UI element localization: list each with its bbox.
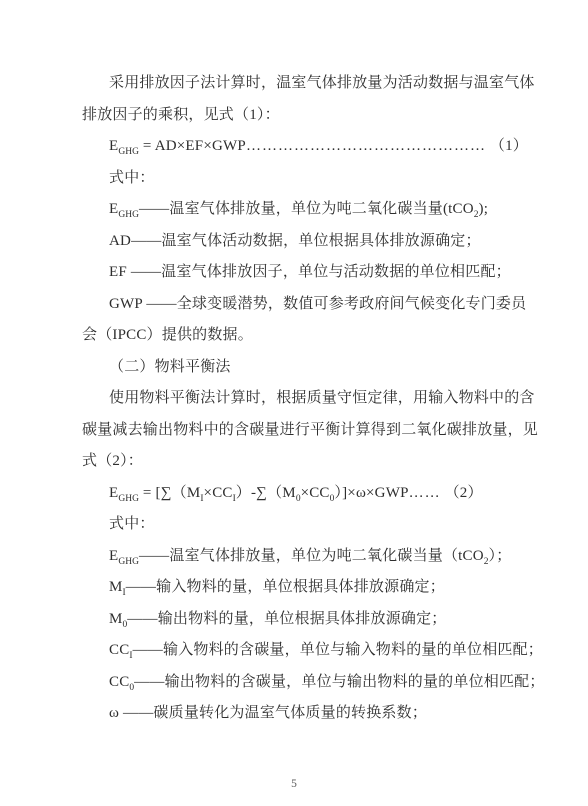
text-segment: M (109, 611, 123, 627)
subscript: GHG (118, 557, 139, 567)
text-segment: E (109, 485, 118, 501)
document-page: 采用排放因子法计算时，温室气体排放量为活动数据与温室气体排放因子的乘积，见式（1… (0, 0, 588, 806)
text-segment: （2） (441, 485, 483, 501)
subscript: GHG (118, 494, 139, 504)
text-segment: ×CC (301, 485, 330, 501)
text-segment: M (109, 579, 123, 595)
document-body: 采用排放因子法计算时，温室气体排放量为活动数据与温室气体排放因子的乘积，见式（1… (82, 68, 508, 730)
text-segment: ); (479, 201, 489, 217)
text-segment: ×CC (204, 485, 233, 501)
text-segment: GWP ——全球变暖潜势，数值可参考政府间气候变化专门委员 (109, 296, 526, 312)
text-segment: ω ——碳质量转化为温室气体质量的转换系数； (109, 705, 427, 721)
text-segment: ——输入物料的量，单位根据具体排放源确定； (126, 579, 445, 595)
text-segment: ……………………………………… (246, 138, 486, 154)
term-gwp-line-2: 会（IPCC）提供的数据。 (82, 320, 508, 352)
page-number: 5 (0, 778, 588, 790)
term-m-output: M0——输出物料的量，单位根据具体排放源确定； (82, 604, 508, 636)
text-segment: ——输入物料的含碳量，单位与输入物料的量的单位相匹配； (133, 642, 543, 658)
text-segment: ——输出物料的量，单位根据具体排放源确定； (127, 611, 446, 627)
term-cc-output: CC0——输出物料的含碳量，单位与输出物料的量的单位相匹配； (82, 667, 508, 699)
paragraph-material-balance-line-3: 式（2）： (82, 446, 508, 478)
formula-2-where-label: 式中： (82, 509, 508, 541)
text-segment: 式中： (109, 170, 155, 186)
text-segment: 式中： (109, 516, 155, 532)
text-segment: EF ——温室气体排放因子，单位与活动数据的单位相匹配； (109, 264, 511, 280)
term-ad: AD——温室气体活动数据，单位根据具体排放源确定； (82, 226, 508, 258)
text-segment: 使用物料平衡法计算时，根据质量守恒定律，用输入物料中的含 (109, 390, 535, 406)
text-segment: 碳量减去输出物料中的含碳量进行平衡计算得到二氧化碳排放量，见 (82, 422, 538, 438)
formula-1-where-label: 式中： (82, 163, 508, 195)
text-segment: CC (109, 642, 129, 658)
text-segment: 采用排放因子法计算时，温室气体排放量为活动数据与温室气体 (109, 75, 535, 91)
text-segment: E (109, 201, 118, 217)
text-segment: ）； (489, 548, 512, 564)
text-segment: = [∑（M (139, 485, 200, 501)
paragraph-material-balance-line-2: 碳量减去输出物料中的含碳量进行平衡计算得到二氧化碳排放量，见 (82, 415, 508, 447)
formula-1: EGHG = AD×EF×GWP……………………………………… （1） (82, 131, 508, 163)
formula-2: EGHG = [∑（MI×CCI）-∑（M0×CC0）]×ω×GWP…… （2） (82, 478, 508, 510)
subscript: GHG (118, 147, 139, 157)
paragraph-emission-factor-line-1: 采用排放因子法计算时，温室气体排放量为活动数据与温室气体 (82, 68, 508, 100)
text-segment: 排放因子的乘积，见式（1）： (82, 107, 280, 123)
paragraph-material-balance-line-1: 使用物料平衡法计算时，根据质量守恒定律，用输入物料中的含 (82, 383, 508, 415)
text-segment: （1） (486, 138, 528, 154)
term-m-input: MI——输入物料的量，单位根据具体排放源确定； (82, 572, 508, 604)
text-segment: 会（IPCC）提供的数据。 (82, 327, 253, 343)
text-segment: ——温室气体排放量，单位为吨二氧化碳当量（tCO (139, 548, 484, 564)
text-segment: E (109, 138, 118, 154)
text-segment: （二）物料平衡法 (109, 359, 231, 375)
text-segment: AD——温室气体活动数据，单位根据具体排放源确定； (109, 233, 481, 249)
term-gwp-line-1: GWP ——全球变暖潜势，数值可参考政府间气候变化专门委员 (82, 289, 508, 321)
text-segment: CC (109, 674, 129, 690)
paragraph-emission-factor-line-2: 排放因子的乘积，见式（1）： (82, 100, 508, 132)
term-omega: ω ——碳质量转化为温室气体质量的转换系数； (82, 698, 508, 730)
term-ef: EF ——温室气体排放因子，单位与活动数据的单位相匹配； (82, 257, 508, 289)
text-segment: ）-∑（M (236, 485, 296, 501)
text-segment: ——输出物料的含碳量，单位与输出物料的量的单位相匹配； (134, 674, 544, 690)
text-segment: ——温室气体排放量，单位为吨二氧化碳当量(tCO (139, 201, 474, 217)
term-eghg-1: EGHG——温室气体排放量，单位为吨二氧化碳当量(tCO2); (82, 194, 508, 226)
text-segment: ）]×ω×GWP (334, 485, 408, 501)
term-cc-input: CCI——输入物料的含碳量，单位与输入物料的量的单位相匹配； (82, 635, 508, 667)
subscript: GHG (118, 210, 139, 220)
section-heading-material-balance: （二）物料平衡法 (82, 352, 508, 384)
text-segment: …… (409, 485, 441, 501)
text-segment: E (109, 548, 118, 564)
term-eghg-2: EGHG——温室气体排放量，单位为吨二氧化碳当量（tCO2）； (82, 541, 508, 573)
text-segment: 式（2）： (82, 453, 143, 469)
text-segment: = AD×EF×GWP (139, 138, 246, 154)
